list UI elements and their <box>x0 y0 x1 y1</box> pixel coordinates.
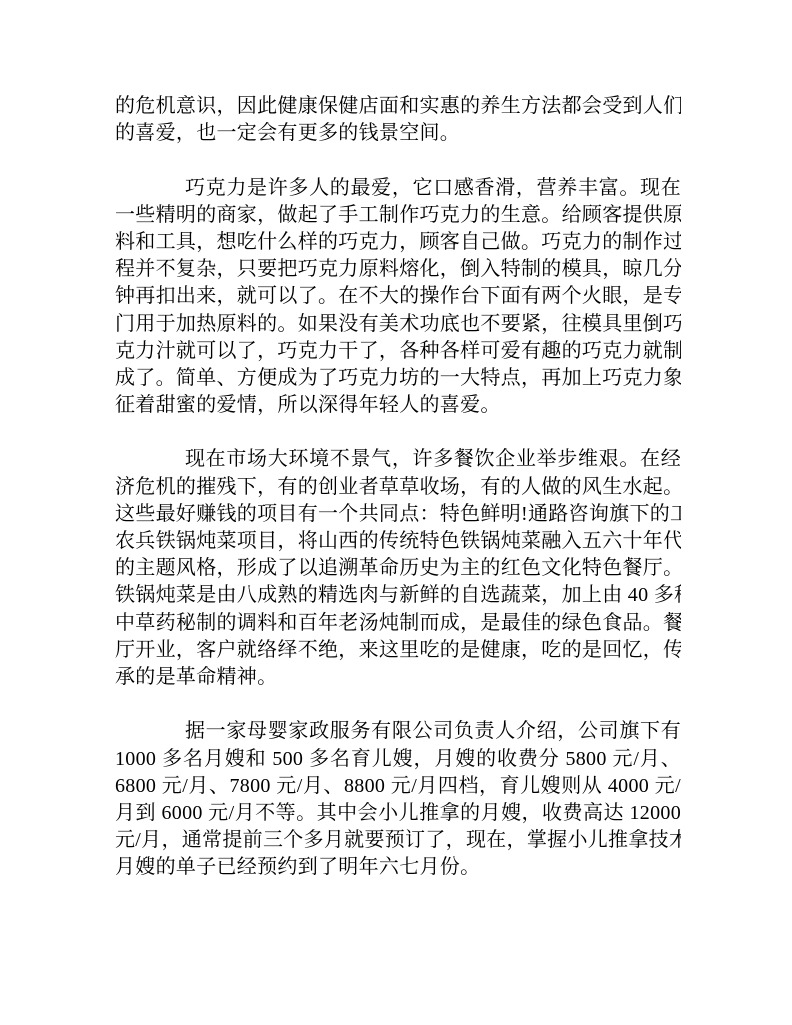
document-content: 的危机意识，因此健康保健店面和实惠的养生方法都会受到人们的喜爱，也一定会有更多的… <box>115 93 681 881</box>
text-line: 中草药秘制的调料和百年老汤炖制而成，是最佳的绿色食品。餐 <box>115 610 681 637</box>
text-line: 铁锅炖菜是由八成熟的精选肉与新鲜的自选蔬菜，加上由 40 多种 <box>115 582 681 609</box>
text-line: 6800 元/月、7800 元/月、8800 元/月四档，育儿嫂则从 4000 … <box>115 773 681 800</box>
text-line: 的喜爱，也一定会有更多的钱景空间。 <box>115 120 681 147</box>
paragraph: 现在市场大环境不景气，许多餐饮企业举步维艰。在经济危机的摧残下，有的创业者草草收… <box>115 446 681 691</box>
text-line: 济危机的摧残下，有的创业者草草收场，有的人做的风生水起。 <box>115 474 681 501</box>
text-line: 月到 6000 元/月不等。其中会小儿推拿的月嫂，收费高达 12000 <box>115 800 681 827</box>
text-line: 1000 多名月嫂和 500 多名育儿嫂，月嫂的收费分 5800 元/月、 <box>115 746 681 773</box>
text-line: 征着甜蜜的爱情，所以深得年轻人的喜爱。 <box>115 392 681 419</box>
text-line: 元/月，通常提前三个多月就要预订了，现在，掌握小儿推拿技术 <box>115 827 681 854</box>
text-line: 的危机意识，因此健康保健店面和实惠的养生方法都会受到人们 <box>115 93 681 120</box>
text-line: 承的是革命精神。 <box>115 664 681 691</box>
text-line: 的主题风格，形成了以追溯革命历史为主的红色文化特色餐厅。 <box>115 555 681 582</box>
text-line: 钟再扣出来，就可以了。在不大的操作台下面有两个火眼，是专 <box>115 283 681 310</box>
text-line: 料和工具，想吃什么样的巧克力，顾客自己做。巧克力的制作过 <box>115 229 681 256</box>
text-line: 月嫂的单子已经预约到了明年六七月份。 <box>115 854 681 881</box>
paragraph: 据一家母婴家政服务有限公司负责人介绍，公司旗下有1000 多名月嫂和 500 多… <box>115 718 681 881</box>
paragraph: 巧克力是许多人的最爱，它口感香滑，营养丰富。现在一些精明的商家，做起了手工制作巧… <box>115 175 681 420</box>
text-line: 农兵铁锅炖菜项目，将山西的传统特色铁锅炖菜融入五六十年代 <box>115 528 681 555</box>
text-line: 门用于加热原料的。如果没有美术功底也不要紧，往模具里倒巧 <box>115 311 681 338</box>
text-line: 这些最好赚钱的项目有一个共同点：特色鲜明!通路咨询旗下的工 <box>115 501 681 528</box>
text-line: 据一家母婴家政服务有限公司负责人介绍，公司旗下有 <box>115 718 681 745</box>
text-line: 程并不复杂，只要把巧克力原料熔化，倒入特制的模具，晾几分 <box>115 256 681 283</box>
text-line: 克力汁就可以了，巧克力干了，各种各样可爱有趣的巧克力就制 <box>115 338 681 365</box>
document-page: 的危机意识，因此健康保健店面和实惠的养生方法都会受到人们的喜爱，也一定会有更多的… <box>0 0 792 1025</box>
text-line: 现在市场大环境不景气，许多餐饮企业举步维艰。在经 <box>115 446 681 473</box>
text-line: 厅开业，客户就络绎不绝，来这里吃的是健康，吃的是回忆，传 <box>115 637 681 664</box>
text-line: 一些精明的商家，做起了手工制作巧克力的生意。给顾客提供原 <box>115 202 681 229</box>
text-line: 成了。简单、方便成为了巧克力坊的一大特点，再加上巧克力象 <box>115 365 681 392</box>
text-line: 巧克力是许多人的最爱，它口感香滑，营养丰富。现在 <box>115 175 681 202</box>
paragraph: 的危机意识，因此健康保健店面和实惠的养生方法都会受到人们的喜爱，也一定会有更多的… <box>115 93 681 147</box>
